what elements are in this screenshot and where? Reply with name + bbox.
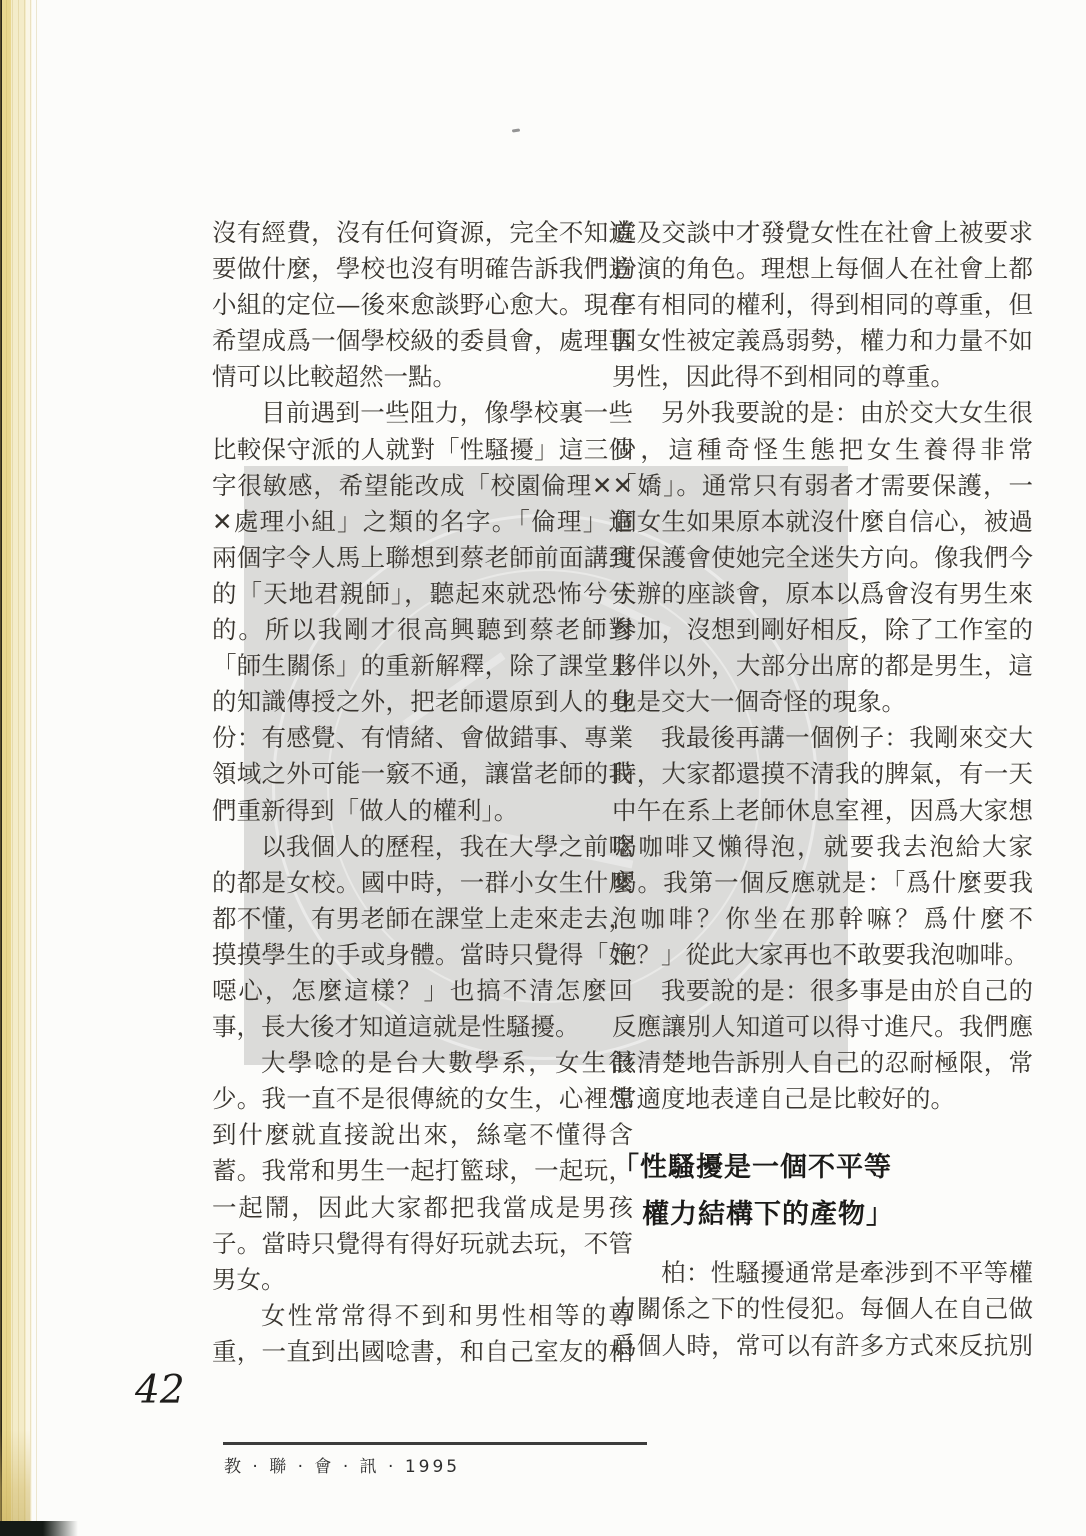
text-line: 爲個人時，常可以有許多方式來反抗別 <box>612 1328 1033 1364</box>
text-line: 領域之外可能一竅不通，讓當老師的我 <box>212 756 633 792</box>
text-line: 小組的定位—後來愈談野心愈大。現在 <box>212 287 633 323</box>
page-number: 42 <box>135 1368 185 1413</box>
text-line: 個女生如果原本就沒什麼自信心，被過 <box>612 504 1033 540</box>
text-line: 「師生關係」的重新解釋，除了課堂上 <box>212 648 633 684</box>
text-line: 天辦的座談會，原本以爲會沒有男生來 <box>612 576 1033 612</box>
text-line: 度保護會使她完全迷失方向。像我們今 <box>612 540 1033 576</box>
text-line: 「嬌」。通常只有弱者才需要保護，一 <box>612 468 1033 504</box>
section-heading-line-2: 權力結構下的產物」 <box>612 1191 1033 1238</box>
text-line: 男女。 <box>212 1262 633 1298</box>
text-line: 另外我要說的是：由於交大女生很 <box>612 395 1033 431</box>
text-line: 女性常常得不到和男性相等的尊 <box>212 1298 633 1334</box>
text-line: 蓄。我常和男生一起打籃球，一起玩， <box>212 1153 633 1189</box>
text-column-left: 沒有經費，沒有任何資源，完全不知道要做什麼，學校也沒有明確告訴我們這小組的定位—… <box>212 215 633 1370</box>
text-line: 摸摸學生的手或身體。當時只覺得「好 <box>212 937 633 973</box>
text-line: 參加，沒想到剛好相反，除了工作室的 <box>612 612 1033 648</box>
scan-speck <box>512 128 520 132</box>
section-heading: 「性騷擾是一個不平等 權力結構下的產物」 <box>612 1144 1033 1238</box>
text-line: 兩個字令人馬上聯想到蔡老師前面講到 <box>212 540 633 576</box>
right-column-top-paragraphs: 處及交談中才發覺女性在社會上被要求扮演的角色。理想上每個人在社會上都享有相同的權… <box>612 215 1033 1117</box>
text-line: 情可以比較超然一點。 <box>212 359 633 395</box>
text-line: 的「天地君親師」，聽起來就恐怖兮兮 <box>212 576 633 612</box>
text-line: 泡？」從此大家再也不敢要我泡咖啡。 <box>612 937 1033 973</box>
text-line: 力關係之下的性侵犯。每個人在自己做 <box>612 1291 1033 1327</box>
text-line: 扮演的角色。理想上每個人在社會上都 <box>612 251 1033 287</box>
text-line: 們重新得到「做人的權利」。 <box>212 793 633 829</box>
text-line: 我要說的是：很多事是由於自己的 <box>612 973 1033 1009</box>
text-line: 喝咖啡又懶得泡，就要我去泡給大家 <box>612 829 1033 865</box>
text-line: 處及交談中才發覺女性在社會上被要求 <box>612 215 1033 251</box>
footer-journal-title: 教 · 聯 · 會 · 訊 · 1995 <box>224 1452 460 1477</box>
text-line: 常適度地表達自己是比較好的。 <box>612 1081 1033 1117</box>
text-line: 都不懂，有男老師在課堂上走來走去， <box>212 901 633 937</box>
text-line: 噁心，怎麼這樣？」也搞不清怎麼回 <box>212 973 633 1009</box>
text-line: 反應讓別人知道可以得寸進尺。我們應 <box>612 1009 1033 1045</box>
text-line: 目前遇到一些阻力，像學校裏一些 <box>212 395 633 431</box>
book-edge-strip <box>0 0 38 1536</box>
text-line: 享有相同的權利，得到相同的尊重，但 <box>612 287 1033 323</box>
text-line: 男性，因此得不到相同的尊重。 <box>612 359 1033 395</box>
scan-corner-shadow <box>0 1521 78 1536</box>
text-line: 柏：性騷擾通常是牽涉到不平等權 <box>612 1255 1033 1291</box>
text-line: 的知識傳授之外，把老師還原到人的身 <box>212 684 633 720</box>
text-line: 夥伴以外，大部分出席的都是男生，這 <box>612 648 1033 684</box>
text-line: 大學唸的是台大數學系，女生很 <box>212 1045 633 1081</box>
text-line: 字很敏感，希望能改成「校園倫理✕✕ <box>212 468 633 504</box>
text-line: 喝。我第一個反應就是：「爲什麼要我 <box>612 865 1033 901</box>
text-line: 比較保守派的人就對「性騷擾」這三個 <box>212 432 633 468</box>
text-line: 以我個人的歷程，我在大學之前唸 <box>212 829 633 865</box>
text-line: 我最後再講一個例子：我剛來交大 <box>612 720 1033 756</box>
section-heading-line-1: 「性騷擾是一個不平等 <box>612 1144 1033 1191</box>
text-line: 的都是女校。國中時，一群小女生什麼 <box>212 865 633 901</box>
text-line: 希望成爲一個學校級的委員會，處理事 <box>212 323 633 359</box>
text-line: 事，長大後才知道這就是性騷擾。 <box>212 1009 633 1045</box>
text-line: 重，一直到出國唸書，和自己室友的相 <box>212 1334 633 1370</box>
text-line: 份：有感覺、有情緒、會做錯事、專業 <box>212 720 633 756</box>
text-line: 子。當時只覺得有得好玩就去玩，不管 <box>212 1226 633 1262</box>
text-line: 時，大家都還摸不清我的脾氣，有一天 <box>612 756 1033 792</box>
right-column-bottom-paragraphs: 柏：性騷擾通常是牽涉到不平等權力關係之下的性侵犯。每個人在自己做爲個人時，常可以… <box>612 1255 1033 1363</box>
text-line: 少，這種奇怪生態把女生養得非常 <box>612 432 1033 468</box>
text-line: 泡咖啡？你坐在那幹嘛？爲什麼不 <box>612 901 1033 937</box>
text-line: 該清楚地告訴別人自己的忍耐極限，常 <box>612 1045 1033 1081</box>
text-line: 少。我一直不是很傳統的女生，心裡想 <box>212 1081 633 1117</box>
text-column-right: 處及交談中才發覺女性在社會上被要求扮演的角色。理想上每個人在社會上都享有相同的權… <box>612 215 1033 1364</box>
footer-rule <box>223 1442 647 1445</box>
text-line: 中午在系上老師休息室裡，因爲大家想 <box>612 793 1033 829</box>
scanned-page: 沒有經費，沒有任何資源，完全不知道要做什麼，學校也沒有明確告訴我們這小組的定位—… <box>0 0 1086 1536</box>
text-line: 的。所以我剛才很高興聽到蔡老師對 <box>212 612 633 648</box>
text-line: ✕處理小組」之類的名字。「倫理」這 <box>212 504 633 540</box>
text-line: 要做什麼，學校也沒有明確告訴我們這 <box>212 251 633 287</box>
text-line: 一起鬧，因此大家都把我當成是男孩 <box>212 1190 633 1226</box>
text-line: 沒有經費，沒有任何資源，完全不知道 <box>212 215 633 251</box>
text-line: 到什麼就直接說出來，絲毫不懂得含 <box>212 1117 633 1153</box>
text-line: 因女性被定義爲弱勢，權力和力量不如 <box>612 323 1033 359</box>
text-line: 也是交大一個奇怪的現象。 <box>612 684 1033 720</box>
